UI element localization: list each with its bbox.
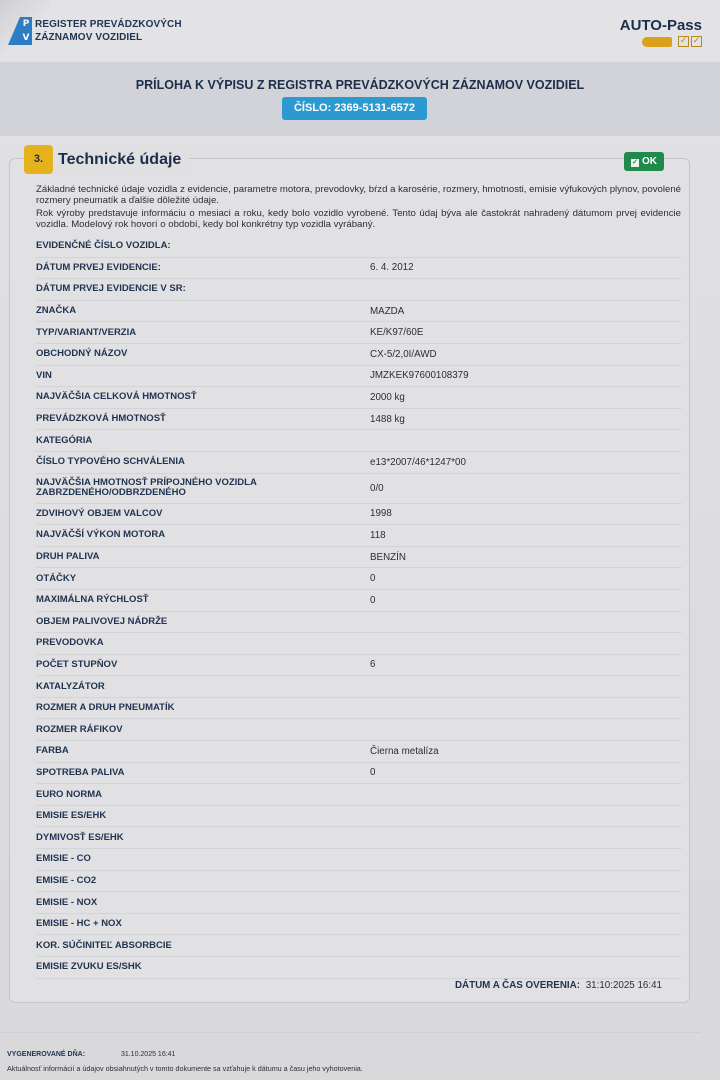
row-label: OBJEM PALIVOVEJ NÁDRŽE	[36, 617, 370, 627]
page-header: P V REGISTER PREVÁDZKOVÝCH ZÁZNAMOV VOZI…	[0, 0, 720, 62]
row-label: DÁTUM PRVEJ EVIDENCIE V SR:	[36, 284, 370, 294]
table-row: PREVÁDZKOVÁ HMOTNOSŤ1488 kg	[36, 409, 682, 431]
row-value: JMZKEK97600108379	[370, 370, 469, 381]
page-footer: VYGENEROVANÉ DŇA: 31.10.2025 16:41 Aktuá…	[7, 1051, 363, 1073]
footer-note: Aktuálnosť informácií a údajov obsiahnut…	[7, 1064, 363, 1073]
table-row: EMISIE - CO	[36, 849, 682, 871]
row-label: DRUH PALIVA	[36, 552, 370, 562]
row-label: PREVODOVKA	[36, 638, 370, 648]
row-value: 6	[370, 659, 375, 670]
row-value: CX-5/2,0I/AWD	[370, 349, 437, 360]
table-row: NAJVÄČŠIA CELKOVÁ HMOTNOSŤ2000 kg	[36, 387, 682, 409]
table-row: DRUH PALIVABENZÍN	[36, 547, 682, 569]
table-row: OBCHODNÝ NÁZOVCX-5/2,0I/AWD	[36, 344, 682, 366]
table-row: POČET STUPŇOV6	[36, 655, 682, 677]
row-label: KOR. SÚČINITEĽ ABSORBCIE	[36, 941, 370, 951]
section-number-badge: 3.	[24, 145, 53, 174]
table-row: ČÍSLO TYPOVÉHO SCHVÁLENIAe13*2007/46*124…	[36, 452, 682, 474]
table-row: NAJVÄČŠIA HMOTNOSŤ PRÍPOJNÉHO VOZIDLA ZA…	[36, 474, 682, 504]
register-name-line1: REGISTER PREVÁDZKOVÝCH	[35, 18, 182, 31]
table-row: SPOTREBA PALIVA0	[36, 763, 682, 785]
table-row: EURO NORMA	[36, 784, 682, 806]
register-name-line2: ZÁZNAMOV VOZIDIEL	[35, 31, 182, 44]
row-value: BENZÍN	[370, 552, 406, 563]
row-label: EVIDENČNÉ ČÍSLO VOZIDLA:	[36, 241, 370, 251]
verification-timestamp: DÁTUM A ČAS OVERENIA: 31:10:2025 16:41	[455, 980, 662, 991]
row-label: EMISIE - CO	[36, 854, 370, 864]
row-value: 0/0	[370, 483, 384, 494]
row-value: KE/K97/60E	[370, 327, 423, 338]
row-value: e13*2007/46*1247*00	[370, 457, 466, 468]
document-number-badge: ČÍSLO: 2369-5131-6572	[282, 97, 427, 120]
table-row: DYMIVOSŤ ES/EHK	[36, 827, 682, 849]
document-title-band: PRÍLOHA K VÝPISU Z REGISTRA PREVÁDZKOVÝC…	[0, 62, 720, 136]
technical-data-table: EVIDENČNÉ ČÍSLO VOZIDLA:DÁTUM PRVEJ EVID…	[36, 236, 682, 979]
check-icon: ✓	[631, 159, 639, 167]
table-row: DÁTUM PRVEJ EVIDENCIE:6. 4. 2012	[36, 258, 682, 280]
row-label: TYP/VARIANT/VERZIA	[36, 328, 370, 338]
table-row: KATALYZÁTOR	[36, 676, 682, 698]
row-value: Čierna metalíza	[370, 746, 439, 757]
key-icon	[642, 37, 672, 47]
row-value: 118	[370, 530, 386, 541]
generated-label: VYGENEROVANÉ DŇA:	[7, 1051, 119, 1058]
row-label: EMISIE - CO2	[36, 876, 370, 886]
row-value: 0	[370, 595, 375, 606]
table-row: ROZMER A DRUH PNEUMATÍK	[36, 698, 682, 720]
divider	[0, 1032, 700, 1033]
row-label: EMISIE - HC + NOX	[36, 919, 370, 929]
table-row: KOR. SÚČINITEĽ ABSORBCIE	[36, 935, 682, 957]
row-label: EMISIE ES/EHK	[36, 811, 370, 821]
table-row: OTÁČKY0	[36, 568, 682, 590]
document-title: PRÍLOHA K VÝPISU Z REGISTRA PREVÁDZKOVÝC…	[0, 78, 720, 92]
section-title: Technické údaje	[58, 151, 181, 169]
section-header: 3. Technické údaje	[24, 145, 189, 174]
table-row: MAXIMÁLNA RÝCHLOSŤ0	[36, 590, 682, 612]
row-label: POČET STUPŇOV	[36, 660, 370, 670]
autopass-logo: AUTO-Pass ✓ ✓	[620, 17, 702, 47]
row-label: DÁTUM PRVEJ EVIDENCIE:	[36, 263, 370, 273]
row-label: ROZMER RÁFIKOV	[36, 725, 370, 735]
table-row: ZDVIHOVÝ OBJEM VALCOV1998	[36, 504, 682, 526]
table-row: FARBAČierna metalíza	[36, 741, 682, 763]
row-label: EMISIE - NOX	[36, 898, 370, 908]
checkbox-icon: ✓	[678, 36, 689, 47]
table-row: EMISIE - HC + NOX	[36, 914, 682, 936]
table-row: EVIDENČNÉ ČÍSLO VOZIDLA:	[36, 236, 682, 258]
status-label: OK	[642, 156, 657, 167]
row-value: 2000 kg	[370, 392, 405, 403]
row-label: DYMIVOSŤ ES/EHK	[36, 833, 370, 843]
checkbox-icon: ✓	[691, 36, 702, 47]
row-label: VIN	[36, 371, 370, 381]
register-logo-mark-icon: P V	[8, 17, 32, 45]
row-label: FARBA	[36, 746, 370, 756]
row-label: NAJVÄČŠIA HMOTNOSŤ PRÍPOJNÉHO VOZIDLA ZA…	[36, 478, 370, 498]
table-row: VINJMZKEK97600108379	[36, 366, 682, 388]
row-label: ZDVIHOVÝ OBJEM VALCOV	[36, 509, 370, 519]
row-label: MAXIMÁLNA RÝCHLOSŤ	[36, 595, 370, 605]
intro-paragraph: Rok výroby predstavuje informáciu o mesi…	[36, 208, 681, 230]
row-value: 0	[370, 573, 375, 584]
row-label: OTÁČKY	[36, 574, 370, 584]
row-value: 1488 kg	[370, 414, 405, 425]
table-row: EMISIE - CO2	[36, 871, 682, 893]
table-row: ROZMER RÁFIKOV	[36, 719, 682, 741]
row-value: 1998	[370, 508, 392, 519]
section-intro: Základné technické údaje vozidla z evide…	[36, 184, 681, 232]
row-label: PREVÁDZKOVÁ HMOTNOSŤ	[36, 414, 370, 424]
verification-label: DÁTUM A ČAS OVERENIA:	[455, 980, 580, 991]
intro-paragraph: Základné technické údaje vozidla z evide…	[36, 184, 681, 206]
generated-value: 31.10.2025 16:41	[121, 1051, 176, 1058]
table-row: NAJVÄČŠÍ VÝKON MOTORA118	[36, 525, 682, 547]
row-label: ROZMER A DRUH PNEUMATÍK	[36, 703, 370, 713]
table-row: ZNAČKAMAZDA	[36, 301, 682, 323]
verification-value: 31:10:2025 16:41	[586, 980, 662, 991]
row-label: SPOTREBA PALIVA	[36, 768, 370, 778]
table-row: EMISIE ES/EHK	[36, 806, 682, 828]
row-label: ZNAČKA	[36, 306, 370, 316]
row-value: 6. 4. 2012	[370, 262, 414, 273]
row-label: ČÍSLO TYPOVÉHO SCHVÁLENIA	[36, 457, 370, 467]
row-value: MAZDA	[370, 306, 404, 317]
autopass-brand: AUTO-Pass	[620, 17, 702, 34]
table-row: OBJEM PALIVOVEJ NÁDRŽE	[36, 612, 682, 634]
status-badge: ✓OK	[624, 152, 664, 171]
table-row: TYP/VARIANT/VERZIAKE/K97/60E	[36, 322, 682, 344]
logo-letter-p: P	[20, 17, 32, 31]
row-value: 0	[370, 767, 375, 778]
table-row: DÁTUM PRVEJ EVIDENCIE V SR:	[36, 279, 682, 301]
table-row: EMISIE - NOX	[36, 892, 682, 914]
row-label: EMISIE ZVUKU ES/SHK	[36, 962, 370, 972]
document-page: P V REGISTER PREVÁDZKOVÝCH ZÁZNAMOV VOZI…	[0, 0, 720, 1080]
row-label: NAJVÄČŠIA CELKOVÁ HMOTNOSŤ	[36, 392, 370, 402]
table-row: KATEGÓRIA	[36, 430, 682, 452]
row-label: EURO NORMA	[36, 790, 370, 800]
row-label: KATALYZÁTOR	[36, 682, 370, 692]
logo-letter-v: V	[20, 31, 32, 45]
register-logo: P V REGISTER PREVÁDZKOVÝCH ZÁZNAMOV VOZI…	[8, 17, 182, 45]
row-label: OBCHODNÝ NÁZOV	[36, 349, 370, 359]
row-label: KATEGÓRIA	[36, 436, 370, 446]
row-label: NAJVÄČŠÍ VÝKON MOTORA	[36, 530, 370, 540]
table-row: PREVODOVKA	[36, 633, 682, 655]
table-row: EMISIE ZVUKU ES/SHK	[36, 957, 682, 979]
